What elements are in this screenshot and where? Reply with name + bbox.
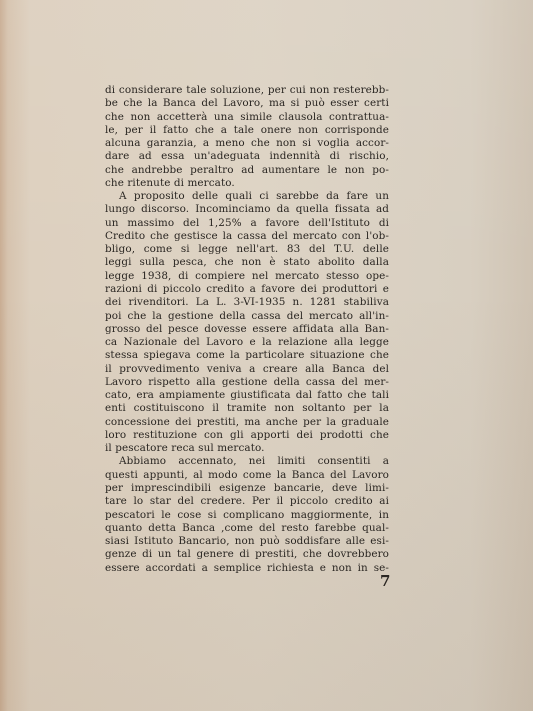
text-line: il pescatore reca sul mercato. (105, 442, 389, 455)
text-line: che non accetterà una simile clausola co… (105, 111, 389, 124)
text-line: essere accordati a semplice richiesta e … (105, 562, 389, 575)
text-line: stessa spiegava come la particolare situ… (105, 349, 389, 362)
text-line: loro restituzione con gli apporti dei pr… (105, 429, 389, 442)
text-line: bligo, come si legge nell'art. 83 del T.… (105, 243, 389, 256)
text-line: enti costituiscono il tramite non soltan… (105, 402, 389, 415)
text-line: Lavoro rispetto alla gestione della cass… (105, 376, 389, 389)
text-line: genze di un tal genere di prestiti, che … (105, 548, 389, 561)
text-line: le, per il fatto che a tale onere non co… (105, 124, 389, 137)
text-line: che ritenute di mercato. (105, 177, 389, 190)
paragraph-2: A proposito delle quali ci sarebbe da fa… (105, 190, 389, 455)
text-line: be che la Banca del Lavoro, ma si può es… (105, 97, 389, 110)
text-line: A proposito delle quali ci sarebbe da fa… (105, 190, 389, 203)
text-line: concessione dei prestiti, ma anche per l… (105, 416, 389, 429)
text-line: per imprescindibili esigenze bancarie, d… (105, 482, 389, 495)
text-line: cato, era ampiamente giustificata dal fa… (105, 389, 389, 402)
text-line: dare ad essa un'adeguata indennità di ri… (105, 150, 389, 163)
page-number: 7 (380, 572, 390, 590)
text-line: il provvedimento veniva a creare alla Ba… (105, 363, 389, 376)
text-line: siasi Istituto Bancario, non può soddisf… (105, 535, 389, 548)
text-line: legge 1938, di compiere nel mercato stes… (105, 270, 389, 283)
text-line: che andrebbe peraltro ad aumentare le no… (105, 164, 389, 177)
paragraph-3: Abbiamo accennato, nei limiti consentiti… (105, 455, 389, 574)
text-line: leggi sulla pesca, che non è stato aboli… (105, 256, 389, 269)
text-line: un massimo del 1,25% a favore dell'Istit… (105, 217, 389, 230)
text-line: ca Nazionale del Lavoro e la relazione a… (105, 336, 389, 349)
text-line: questi appunti, al modo come la Banca de… (105, 469, 389, 482)
text-line: Abbiamo accennato, nei limiti consentiti… (105, 455, 389, 468)
text-line: razioni di piccolo credito a favore dei … (105, 283, 389, 296)
text-line: pescatori le cose si complicano maggiorm… (105, 509, 389, 522)
text-line: poi che la gestione della cassa del merc… (105, 310, 389, 323)
paragraph-1: di considerare tale soluzione, per cui n… (105, 84, 389, 190)
body-text: di considerare tale soluzione, per cui n… (105, 84, 389, 575)
text-line: alcuna garanzia, a meno che non si vogli… (105, 137, 389, 150)
text-line: tare lo star del credere. Per il piccolo… (105, 495, 389, 508)
text-line: dei rivenditori. La L. 3-VI-1935 n. 1281… (105, 296, 389, 309)
text-line: grosso del pesce dovesse essere affidata… (105, 323, 389, 336)
text-line: quanto detta Banca ,come del resto fareb… (105, 522, 389, 535)
text-line: di considerare tale soluzione, per cui n… (105, 84, 389, 97)
text-line: lungo discorso. Incominciamo da quella f… (105, 203, 389, 216)
text-line: Credito che gestisce la cassa del mercat… (105, 230, 389, 243)
